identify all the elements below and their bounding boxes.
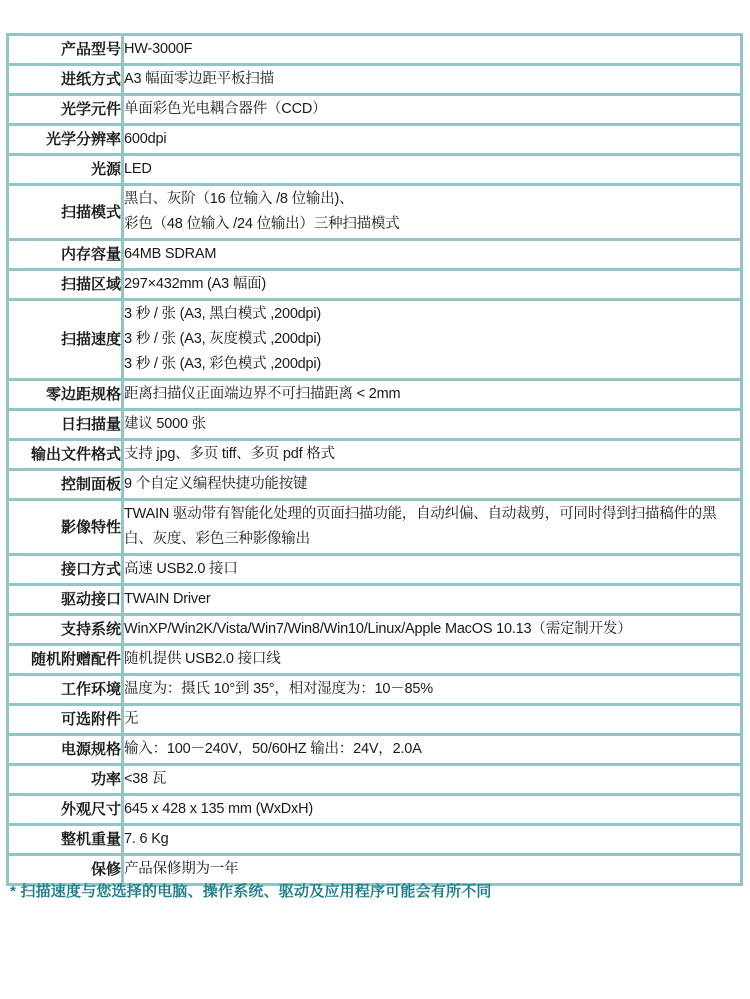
spec-row: 光学元件单面彩色光电耦合器件（CCD） [8,95,742,125]
spec-label: 整机重量 [8,825,123,855]
spec-label: 随机附赠配件 [8,645,123,675]
spec-value: WinXP/Win2K/Vista/Win7/Win8/Win10/Linux/… [123,615,742,645]
spec-value: TWAIN 驱动带有智能化处理的页面扫描功能，自动纠偏、自动裁剪，可同时得到扫描… [123,500,742,555]
spec-row: 零边距规格距离扫描仪正面端边界不可扫描距离 < 2mm [8,380,742,410]
spec-label: 输出文件格式 [8,440,123,470]
spec-row: 影像特性TWAIN 驱动带有智能化处理的页面扫描功能，自动纠偏、自动裁剪，可同时… [8,500,742,555]
spec-label: 工作环境 [8,675,123,705]
spec-value: 高速 USB2.0 接口 [123,555,742,585]
product-spec-page: 产品型号HW-3000F进纸方式A3 幅面零边距平板扫描光学元件单面彩色光电耦合… [0,0,750,999]
spec-label: 接口方式 [8,555,123,585]
spec-value: 297×432mm (A3 幅面) [123,270,742,300]
spec-label: 内存容量 [8,240,123,270]
spec-label: 控制面板 [8,470,123,500]
spec-label: 进纸方式 [8,65,123,95]
spec-label: 功率 [8,765,123,795]
spec-row: 进纸方式A3 幅面零边距平板扫描 [8,65,742,95]
spec-row: 日扫描量建议 5000 张 [8,410,742,440]
spec-row: 驱动接口TWAIN Driver [8,585,742,615]
spec-row: 功率<38 瓦 [8,765,742,795]
spec-value: 距离扫描仪正面端边界不可扫描距离 < 2mm [123,380,742,410]
spec-label: 扫描速度 [8,300,123,380]
spec-value: A3 幅面零边距平板扫描 [123,65,742,95]
spec-label: 电源规格 [8,735,123,765]
spec-value: HW-3000F [123,35,742,65]
spec-table: 产品型号HW-3000F进纸方式A3 幅面零边距平板扫描光学元件单面彩色光电耦合… [6,33,743,886]
spec-value: 64MB SDRAM [123,240,742,270]
spec-value: 9 个自定义编程快捷功能按键 [123,470,742,500]
spec-value: 3 秒 / 张 (A3, 黑白模式 ,200dpi) 3 秒 / 张 (A3, … [123,300,742,380]
spec-table-container: 产品型号HW-3000F进纸方式A3 幅面零边距平板扫描光学元件单面彩色光电耦合… [6,33,743,886]
spec-value: TWAIN Driver [123,585,742,615]
spec-label: 光源 [8,155,123,185]
spec-row: 电源规格输入：100－240V，50/60HZ 输出：24V，2.0A [8,735,742,765]
spec-label: 光学元件 [8,95,123,125]
spec-row: 整机重量7. 6 Kg [8,825,742,855]
scan-speed-footnote: * 扫描速度与您选择的电脑、操作系统、驱动及应用程序可能会有所不同 [10,880,492,901]
spec-label: 产品型号 [8,35,123,65]
spec-label: 影像特性 [8,500,123,555]
spec-row: 外观尺寸645 x 428 x 135 mm (WxDxH) [8,795,742,825]
spec-value: 600dpi [123,125,742,155]
spec-value: 黑白、灰阶（16 位输入 /8 位输出)、 彩色（48 位输入 /24 位输出）… [123,185,742,240]
spec-label: 零边距规格 [8,380,123,410]
spec-label: 扫描模式 [8,185,123,240]
spec-value: LED [123,155,742,185]
spec-value: 645 x 428 x 135 mm (WxDxH) [123,795,742,825]
spec-row: 光学分辨率600dpi [8,125,742,155]
spec-row: 随机附赠配件随机提供 USB2.0 接口线 [8,645,742,675]
spec-row: 可选附件无 [8,705,742,735]
spec-value: 温度为：摄氏 10°到 35°，相对湿度为：10－85% [123,675,742,705]
spec-row: 控制面板9 个自定义编程快捷功能按键 [8,470,742,500]
spec-label: 扫描区域 [8,270,123,300]
spec-label: 光学分辨率 [8,125,123,155]
spec-value: 支持 jpg、多页 tiff、多页 pdf 格式 [123,440,742,470]
spec-value: 建议 5000 张 [123,410,742,440]
spec-row: 光源LED [8,155,742,185]
spec-row: 扫描区域297×432mm (A3 幅面) [8,270,742,300]
spec-value: 7. 6 Kg [123,825,742,855]
spec-value: <38 瓦 [123,765,742,795]
spec-row: 产品型号HW-3000F [8,35,742,65]
spec-row: 内存容量64MB SDRAM [8,240,742,270]
spec-value: 单面彩色光电耦合器件（CCD） [123,95,742,125]
spec-label: 外观尺寸 [8,795,123,825]
spec-row: 接口方式高速 USB2.0 接口 [8,555,742,585]
spec-row: 支持系统WinXP/Win2K/Vista/Win7/Win8/Win10/Li… [8,615,742,645]
spec-label: 可选附件 [8,705,123,735]
spec-row: 扫描模式黑白、灰阶（16 位输入 /8 位输出)、 彩色（48 位输入 /24 … [8,185,742,240]
spec-row: 扫描速度3 秒 / 张 (A3, 黑白模式 ,200dpi) 3 秒 / 张 (… [8,300,742,380]
spec-table-body: 产品型号HW-3000F进纸方式A3 幅面零边距平板扫描光学元件单面彩色光电耦合… [8,35,742,885]
spec-row: 工作环境温度为：摄氏 10°到 35°，相对湿度为：10－85% [8,675,742,705]
spec-label: 支持系统 [8,615,123,645]
spec-value: 无 [123,705,742,735]
spec-row: 输出文件格式支持 jpg、多页 tiff、多页 pdf 格式 [8,440,742,470]
spec-label: 驱动接口 [8,585,123,615]
spec-label: 日扫描量 [8,410,123,440]
spec-value: 输入：100－240V，50/60HZ 输出：24V，2.0A [123,735,742,765]
spec-value: 随机提供 USB2.0 接口线 [123,645,742,675]
